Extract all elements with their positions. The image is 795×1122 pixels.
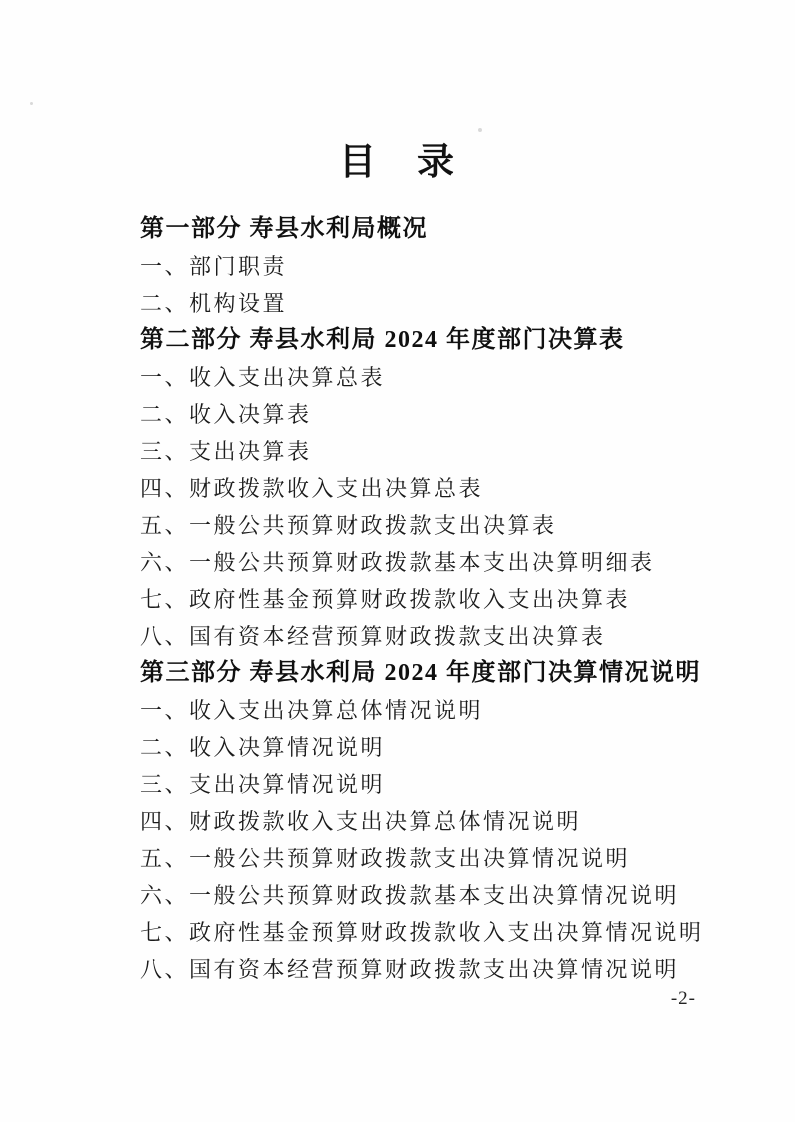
toc-section-heading: 第一部分 寿县水利局概况 (140, 211, 735, 248)
toc-item: 八、国有资本经营预算财政拨款支出决算表 (140, 618, 735, 655)
scan-speck (478, 128, 482, 132)
page-number: -2- (671, 988, 696, 1010)
toc-item: 六、一般公共预算财政拨款基本支出决算明细表 (140, 544, 735, 581)
toc-item: 七、政府性基金预算财政拨款收入支出决算表 (140, 581, 735, 618)
toc-item: 三、支出决算情况说明 (140, 766, 735, 803)
toc-item: 四、财政拨款收入支出决算总体情况说明 (140, 803, 735, 840)
toc-item: 八、国有资本经营预算财政拨款支出决算情况说明 (140, 951, 735, 988)
toc-item: 一、部门职责 (140, 248, 735, 285)
toc-item: 四、财政拨款收入支出决算总表 (140, 470, 735, 507)
toc-item: 二、收入决算表 (140, 396, 735, 433)
toc-item: 一、收入支出决算总表 (140, 359, 735, 396)
toc-section-heading: 第二部分 寿县水利局 2024 年度部门决算表 (140, 322, 735, 359)
toc-item: 六、一般公共预算财政拨款基本支出决算情况说明 (140, 877, 735, 914)
page-title: 目 录 (0, 131, 795, 185)
scan-speck (30, 102, 33, 105)
toc-item: 七、政府性基金预算财政拨款收入支出决算情况说明 (140, 914, 735, 951)
table-of-contents: 第一部分 寿县水利局概况 一、部门职责 二、机构设置 第二部分 寿县水利局 20… (140, 211, 735, 988)
toc-item: 二、收入决算情况说明 (140, 729, 735, 766)
toc-item: 二、机构设置 (140, 285, 735, 322)
toc-item: 五、一般公共预算财政拨款支出决算表 (140, 507, 735, 544)
toc-item: 三、支出决算表 (140, 433, 735, 470)
document-page: 目 录 第一部分 寿县水利局概况 一、部门职责 二、机构设置 第二部分 寿县水利… (0, 0, 795, 1122)
toc-section-heading: 第三部分 寿县水利局 2024 年度部门决算情况说明 (140, 655, 735, 692)
toc-item: 五、一般公共预算财政拨款支出决算情况说明 (140, 840, 735, 877)
toc-item: 一、收入支出决算总体情况说明 (140, 692, 735, 729)
